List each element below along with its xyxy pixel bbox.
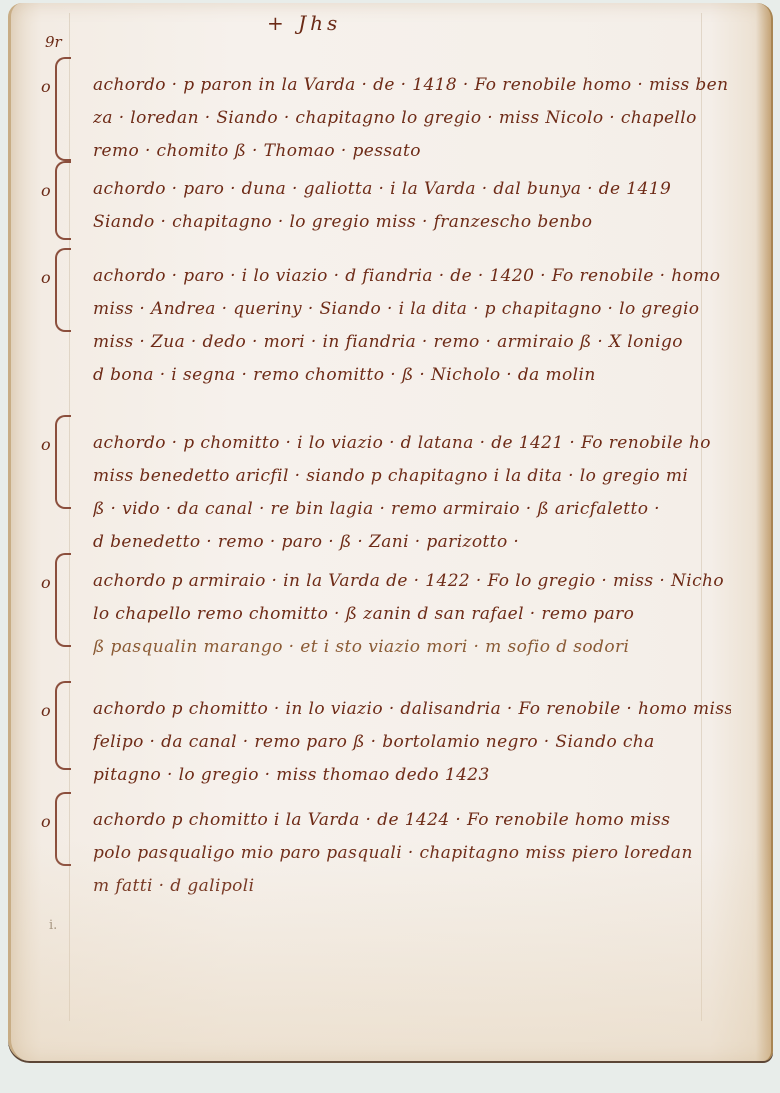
entry-line: remo · chomito ß · Thomao · pessato (93, 135, 731, 168)
entry-line: achordo · paro · i lo viazio · d fiandri… (93, 260, 731, 293)
entry-line: miss benedetto aricfil · siando p chapit… (93, 460, 731, 493)
entry-mark: o (41, 181, 51, 200)
entry-line: za · loredan · Siando · chapitagno lo gr… (93, 102, 731, 135)
entry-line: polo pasqualigo mio paro pasquali · chap… (93, 837, 731, 870)
entry-line: miss · Zua · dedo · mori · in fiandria ·… (93, 326, 731, 359)
entry-line: lo chapello remo chomitto · ß zanin d sa… (93, 598, 731, 631)
entry-line: pitagno · lo gregio · miss thomao dedo 1… (93, 759, 731, 792)
entry-line: Siando · chapitagno · lo gregio miss · f… (93, 206, 731, 239)
entry-line: ß pasqualin marango · et i sto viazio mo… (93, 631, 731, 664)
bracket-glyph-icon (55, 161, 71, 240)
entry-line: ß · vido · da canal · re bin lagia · rem… (93, 493, 731, 526)
bracket-glyph-icon (55, 553, 71, 647)
entry-mark: o (41, 812, 51, 831)
entry-line: d bona · i segna · remo chomitto · ß · N… (93, 359, 731, 392)
entry-line: m fatti · d galipoli (93, 870, 731, 903)
bracket-glyph-icon (55, 415, 71, 509)
margin-pen-mark: i. (49, 918, 57, 933)
entry-line: achordo p chomitto i la Varda · de 1424 … (93, 804, 731, 837)
entry-line: achordo p armiraio · in la Varda de · 14… (93, 565, 731, 598)
entry-line: achordo p chomitto · in lo viazio · dali… (93, 693, 731, 726)
folio-number: 9r (45, 33, 62, 51)
bracket-glyph-icon (55, 681, 71, 770)
entry-line: miss · Andrea · queriny · Siando · i la … (93, 293, 731, 326)
entry-line: achordo · p chomitto · i lo viazio · d l… (93, 427, 731, 460)
entry-mark: o (41, 701, 51, 720)
entry-mark: o (41, 268, 51, 287)
manuscript-page: 9r + Jhs o achordo · p paron in la Varda… (8, 3, 773, 1061)
entry-mark: o (41, 77, 51, 96)
entry-line: felipo · da canal · remo paro ß · bortol… (93, 726, 731, 759)
entry-line: d benedetto · remo · paro · ß · Zani · p… (93, 526, 731, 559)
bracket-glyph-icon (55, 248, 71, 332)
entry-mark: o (41, 435, 51, 454)
bracket-glyph-icon (55, 792, 71, 866)
entry-mark: o (41, 573, 51, 592)
entry-line: achordo · paro · duna · galiotta · i la … (93, 173, 731, 206)
page-header-invocation: + Jhs (267, 11, 341, 35)
entry-line: achordo · p paron in la Varda · de · 141… (93, 69, 731, 102)
bracket-glyph-icon (55, 57, 71, 161)
